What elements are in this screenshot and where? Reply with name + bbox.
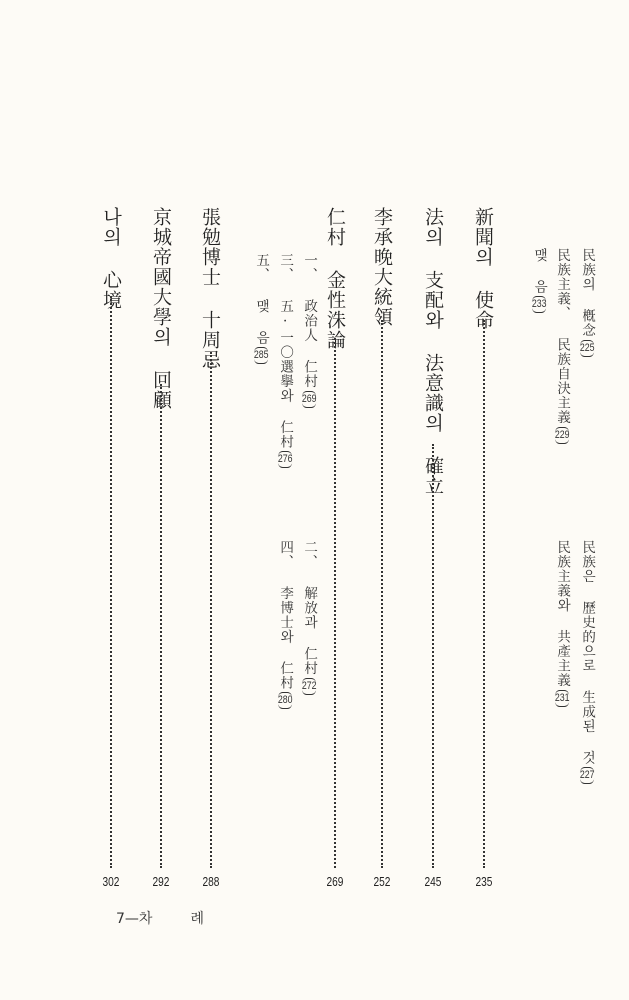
subentry-nationalism-communism[interactable]: 民族主義와 共產主義231: [553, 540, 571, 707]
subentry-text: 一、 政治人 仁村: [301, 253, 317, 389]
subentry-nationalism-self-determination[interactable]: 民族主義、 民族自決主義229: [553, 248, 571, 444]
footer-page-number: 7: [116, 911, 125, 927]
subentry-page: 280: [278, 692, 293, 709]
leader-dots: [483, 320, 485, 868]
page-number: 252: [370, 874, 393, 889]
subentry-text: 二、 解放과 仁村: [301, 540, 317, 676]
leader-dots: [334, 338, 336, 868]
subentry-page: 231: [555, 690, 570, 707]
leader-dots: [381, 320, 383, 868]
subentry-text: 三、 五·一〇選擧와 仁村: [277, 253, 293, 449]
leader-dots: [160, 384, 162, 868]
toc-entry-chang-myon-anniversary[interactable]: 張勉博士 十周忌: [200, 207, 219, 370]
subentry-text: 五、 맺 음: [253, 253, 269, 345]
footer-title-char: 차: [139, 911, 153, 927]
subentry-dr-rhee-inchon[interactable]: 四、 李博士와 仁村280: [276, 540, 294, 709]
subentry-liberation-inchon[interactable]: 二、 解放과 仁村272: [300, 540, 318, 695]
subentry-conclusion[interactable]: 맺 음233: [530, 248, 548, 313]
subentry-text: 民族의 槪念: [579, 248, 595, 338]
subentry-text: 民族主義와 共產主義: [554, 540, 570, 688]
subentry-text: 맺 음: [531, 248, 547, 294]
subentry-page: 269: [302, 391, 317, 408]
subentry-text: 民族은 歷史的으로 生成된 것: [579, 540, 595, 765]
footer-separator: —: [125, 911, 139, 927]
subentry-nation-concept[interactable]: 民族의 槪念225: [578, 248, 596, 357]
subentry-text: 四、 李博士와 仁村: [277, 540, 293, 690]
subentry-text: 民族主義、 民族自決主義: [554, 248, 570, 425]
page-number: 302: [99, 874, 122, 889]
toc-entry-my-state-of-mind[interactable]: 나의 心境: [101, 207, 120, 310]
toc-entry-syngman-rhee[interactable]: 李承晚大統領: [372, 207, 391, 327]
page-number: 269: [323, 874, 346, 889]
subentry-page: 285: [254, 347, 269, 364]
subentry-nation-historical[interactable]: 民族은 歷史的으로 生成된 것227: [578, 540, 596, 784]
subentry-inchon-conclusion[interactable]: 五、 맺 음285: [252, 253, 270, 364]
page-number: 292: [149, 874, 172, 889]
page-number: 288: [199, 874, 222, 889]
subentry-page: 233: [532, 296, 547, 313]
toc-entry-inchon-kim-seongsu[interactable]: 仁村 金性洙論: [325, 207, 344, 350]
subentry-may10-election-inchon[interactable]: 三、 五·一〇選擧와 仁村276: [276, 253, 294, 468]
page-number: 245: [421, 874, 444, 889]
page-number: 235: [472, 874, 495, 889]
leader-dots: [210, 352, 212, 868]
subentry-page: 225: [580, 340, 595, 357]
toc-entry-keijo-imperial-university[interactable]: 京城帝國大學의 回顧: [151, 207, 170, 410]
subentry-page: 276: [278, 451, 293, 468]
leader-dots: [110, 296, 112, 868]
subentry-page: 272: [302, 678, 317, 695]
subentry-politician-inchon[interactable]: 一、 政治人 仁村269: [300, 253, 318, 408]
toc-entry-newspaper-mission[interactable]: 新聞의 使命: [473, 207, 492, 330]
page-footer: 7—차례: [116, 908, 204, 928]
subentry-page: 229: [555, 427, 570, 444]
subentry-page: 227: [580, 767, 595, 784]
footer-title-char: 례: [190, 911, 204, 927]
leader-dots: [432, 444, 434, 868]
